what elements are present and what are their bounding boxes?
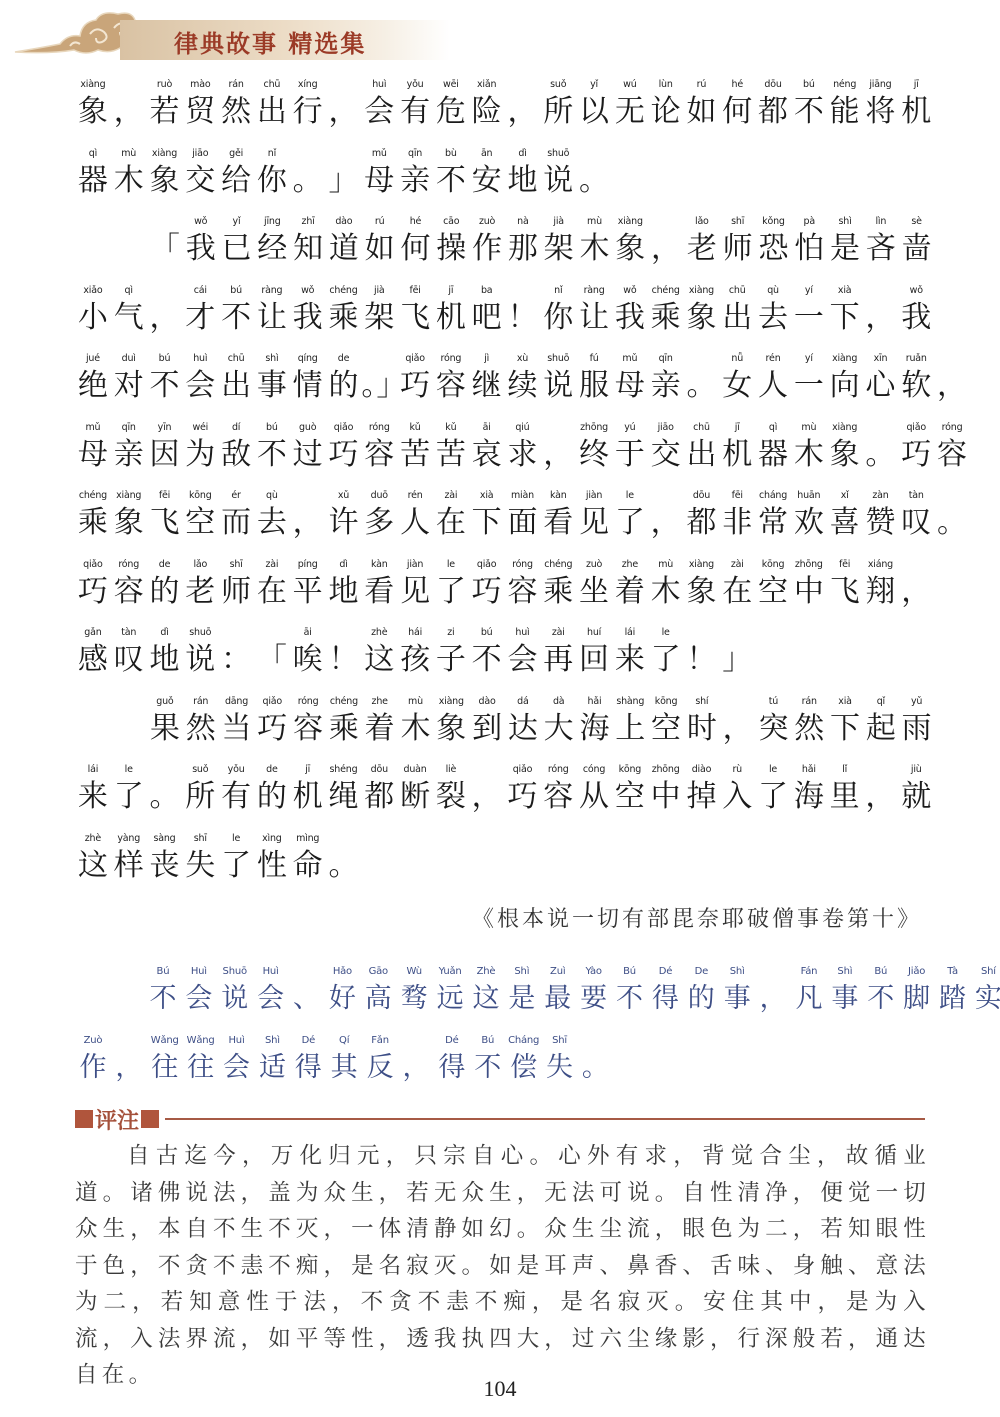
hanzi: 好 (324, 979, 360, 1019)
hanzi: 。 (576, 161, 612, 201)
ruby-char: jiāng将 (863, 78, 899, 132)
ruby-char: xiàng象 (111, 489, 147, 543)
hanzi: 丧 (147, 846, 183, 886)
hanzi: 老 (182, 572, 218, 612)
pinyin: xiàng (612, 215, 648, 229)
ruby-char: ， (147, 284, 183, 338)
hanzi: 地 (147, 640, 183, 680)
ruby-char: 。 (290, 147, 326, 201)
pinyin: rén (397, 489, 433, 503)
pinyin: qiǎo (326, 421, 362, 435)
hanzi: 然 (218, 92, 254, 132)
ruby-char: zuò作 (469, 215, 505, 269)
ruby-char: Zhè这 (468, 965, 504, 1019)
ruby-char: wǒ我 (183, 215, 219, 269)
pinyin (648, 489, 684, 503)
hanzi: 会 (181, 979, 217, 1019)
ruby-char: xiàng象 (684, 558, 720, 612)
hanzi: 人 (755, 366, 791, 406)
hanzi: 去 (254, 503, 290, 543)
pinyin: hái (397, 626, 433, 640)
pinyin: nà (505, 215, 541, 229)
ruby-char: qīn亲 (397, 147, 433, 201)
hanzi: 贸 (182, 92, 218, 132)
hanzi: 不 (863, 979, 899, 1019)
pinyin: Wǎng (183, 1034, 219, 1048)
hanzi: 看 (540, 503, 576, 543)
pinyin: Yuǎn (432, 965, 468, 979)
pinyin: tàn (111, 626, 147, 640)
hanzi: 论 (648, 92, 684, 132)
pinyin: xiàng (433, 695, 469, 709)
ruby-char: rán然 (791, 695, 827, 749)
hanzi: 再 (540, 640, 576, 680)
pinyin (111, 1034, 147, 1048)
ruby-char: wéi为 (182, 421, 218, 475)
hanzi: 往 (183, 1048, 219, 1088)
hanzi: 。 (147, 777, 183, 817)
ruby-char: róng容 (361, 421, 397, 475)
ruby-char: kàn看 (540, 489, 576, 543)
ruby-char: fú服 (576, 352, 612, 406)
pinyin: Yào (576, 965, 612, 979)
pinyin: Huì (219, 1034, 255, 1048)
hanzi: 巧 (254, 709, 290, 749)
ruby-char: guǒ果 (147, 695, 183, 749)
hanzi: 如 (362, 229, 398, 269)
hanzi: 了 (755, 777, 791, 817)
pinyin: suǒ (182, 763, 218, 777)
hanzi: 失 (182, 846, 218, 886)
hanzi: 器 (755, 435, 791, 475)
ruby-char: jī机 (433, 284, 469, 338)
pinyin: chéng (326, 695, 362, 709)
hanzi: 绝 (75, 366, 111, 406)
pinyin: qīn (397, 147, 433, 161)
ruby-char: dá达 (505, 695, 541, 749)
hanzi: 而 (218, 503, 254, 543)
hanzi: ， (863, 777, 899, 817)
ruby-char: Bú不 (470, 1034, 506, 1088)
pinyin: kōng (648, 695, 684, 709)
ruby-char: rán然 (183, 695, 219, 749)
hanzi: ， (398, 1048, 434, 1088)
hanzi: 空 (648, 709, 684, 749)
hanzi: 来 (75, 777, 111, 817)
ruby-char: ， (863, 763, 899, 817)
hanzi: 空 (182, 503, 218, 543)
pinyin: bú (791, 78, 827, 92)
moral-text: Bú不Huì会Shuō说Huì会 、Hǎo好Gāo高Wù骛Yuǎn远Zhè这Sh… (75, 965, 935, 1103)
ruby-char: 。 (326, 832, 362, 886)
ruby-char: yīn因 (147, 421, 183, 475)
hanzi: 以 (576, 92, 612, 132)
pinyin: nǚ (719, 352, 755, 366)
pinyin: zài (433, 489, 469, 503)
ruby-char: róng容 (290, 695, 326, 749)
pinyin: yǐ (576, 78, 612, 92)
ruby-char: ！ (505, 284, 541, 338)
pinyin: mào (182, 78, 218, 92)
pinyin: qiú (505, 421, 541, 435)
ruby-char: dí敌 (218, 421, 254, 475)
hanzi: 下 (827, 298, 863, 338)
ruby-char: xìng性 (254, 832, 290, 886)
pinyin: Bú (612, 965, 648, 979)
ruby-char: zhè这 (75, 832, 111, 886)
pinyin: zàn (863, 489, 899, 503)
ruby-char: huí回 (576, 626, 612, 680)
ruby-char: ， (934, 352, 970, 406)
pinyin: hǎi (791, 763, 827, 777)
hanzi: 气 (111, 298, 147, 338)
pinyin: dì (147, 626, 183, 640)
hanzi: 说 (540, 366, 576, 406)
pinyin: shàng (612, 695, 648, 709)
ruby-char: Jiǎo脚 (899, 965, 935, 1019)
ruby-char: jì继 (469, 352, 505, 406)
hanzi: 欢 (791, 503, 827, 543)
hanzi: 不 (145, 979, 181, 1019)
hanzi: 踏 (935, 979, 971, 1019)
hanzi: 你 (540, 298, 576, 338)
ruby-char: chū出 (719, 284, 755, 338)
ruby-char: Wǎng往 (183, 1034, 219, 1088)
ruby-char: yí一 (791, 284, 827, 338)
pinyin: qiǎo (75, 558, 111, 572)
ruby-char: zhè这 (361, 626, 397, 680)
ruby-char: Zuì最 (540, 965, 576, 1019)
text-line: guǒ果rán然dāng当qiǎo巧róng容chéng乘zhe着mù木xiàn… (75, 695, 935, 764)
ruby-char: róng容 (505, 558, 541, 612)
pinyin: shuō (540, 147, 576, 161)
pinyin: lǐ (827, 763, 863, 777)
ruby-char: huì会 (361, 78, 397, 132)
pinyin: jī (290, 763, 326, 777)
ruby-char: cháng常 (755, 489, 791, 543)
hanzi: 不 (147, 366, 183, 406)
ruby-char: de的 (326, 352, 362, 406)
pinyin: mǔ (75, 421, 111, 435)
ruby-char: jī机 (898, 78, 934, 132)
ruby-char: kǔ苦 (397, 421, 433, 475)
hanzi: 失 (542, 1048, 578, 1088)
pinyin: jué (75, 352, 111, 366)
hanzi: 容 (934, 435, 970, 475)
hanzi: 突 (756, 709, 792, 749)
ruby-char: bú不 (147, 352, 183, 406)
pinyin: xiàng (827, 352, 863, 366)
ruby-char: xíng行 (290, 78, 326, 132)
ruby-char: mǔ母 (361, 147, 397, 201)
ruby-char: bú不 (218, 284, 254, 338)
hanzi: 出 (254, 92, 290, 132)
hanzi: 机 (719, 435, 755, 475)
pinyin: huì (361, 78, 397, 92)
ruby-char: duō多 (361, 489, 397, 543)
hanzi: 。 (577, 1048, 613, 1088)
ruby-char: jué绝 (75, 352, 111, 406)
pinyin: wéi (182, 421, 218, 435)
hanzi: 象 (147, 161, 183, 201)
pinyin: xiáng (863, 558, 899, 572)
pinyin: yàng (111, 832, 147, 846)
pinyin (755, 965, 791, 979)
ruby-char: Zuò作 (75, 1034, 111, 1088)
hanzi: 。 (934, 503, 970, 543)
pinyin (218, 626, 254, 640)
ruby-char: shéng绳 (326, 763, 362, 817)
hanzi: 脚 (899, 979, 935, 1019)
hanzi: 女 (719, 366, 755, 406)
pinyin: Bú (470, 1034, 506, 1048)
pinyin: zài (254, 558, 290, 572)
pinyin: lái (75, 763, 111, 777)
pinyin (147, 763, 183, 777)
text-line: 「wǒ我yǐ已jīng经zhī知dào道rú如hé何cāo操zuò作nà那jià… (75, 215, 935, 284)
hanzi: 不 (791, 92, 827, 132)
pinyin (147, 215, 183, 229)
hanzi: 乘 (75, 503, 111, 543)
pinyin: ān (469, 147, 505, 161)
hanzi: 巧 (505, 777, 541, 817)
ruby-char: ruǎn软 (898, 352, 934, 406)
hanzi: 去 (755, 298, 791, 338)
ruby-char: 、 (289, 965, 325, 1019)
pinyin: dà (541, 695, 577, 709)
pinyin: bù (433, 147, 469, 161)
pinyin: dāng (219, 695, 255, 709)
hanzi: 象 (75, 92, 111, 132)
pinyin: yǒu (397, 78, 433, 92)
pinyin (934, 352, 970, 366)
pinyin: zài (540, 626, 576, 640)
pinyin: Shì (254, 1034, 290, 1048)
pinyin: qù (254, 489, 290, 503)
ruby-char: rén人 (755, 352, 791, 406)
ruby-char: jià架 (541, 215, 577, 269)
pinyin: xiàng (75, 78, 111, 92)
pinyin: Fǎn (362, 1034, 398, 1048)
pinyin: yǒu (218, 763, 254, 777)
header-banner: 律典故事 精选集 (0, 0, 1000, 70)
hanzi: 实 (970, 979, 1000, 1019)
pinyin: qīn (111, 421, 147, 435)
hanzi: 在 (433, 503, 469, 543)
ruby-char: kōng空 (182, 489, 218, 543)
hanzi: 都 (361, 777, 397, 817)
hanzi: 里 (827, 777, 863, 817)
pinyin: mǔ (612, 352, 648, 366)
ruby-char: ！ (684, 626, 720, 680)
ruby-char: nà那 (505, 215, 541, 269)
hanzi: 常 (755, 503, 791, 543)
hanzi: 会 (253, 979, 289, 1019)
hanzi: 因 (147, 435, 183, 475)
ruby-char: róng容 (433, 352, 469, 406)
pinyin: zuò (576, 558, 612, 572)
hanzi: 母 (75, 435, 111, 475)
ruby-char: wēi危 (433, 78, 469, 132)
pinyin: xíng (290, 78, 326, 92)
pinyin: dào (326, 215, 362, 229)
pinyin: qiǎo (254, 695, 290, 709)
ruby-char: Wù骛 (396, 965, 432, 1019)
ruby-char: mǔ母 (75, 421, 111, 475)
pinyin: shéng (326, 763, 362, 777)
hanzi: 这 (361, 640, 397, 680)
hanzi: 怕 (791, 229, 827, 269)
ruby-char: xiàng象 (433, 695, 469, 749)
ruby-char: dōu都 (755, 78, 791, 132)
square-bullet-icon (75, 1110, 93, 1128)
ruby-char: ， (469, 763, 505, 817)
pinyin (684, 626, 720, 640)
ruby-char: shuō说 (540, 147, 576, 201)
pinyin: jī (433, 284, 469, 298)
pinyin: chéng (540, 558, 576, 572)
ruby-char: kōng空 (648, 695, 684, 749)
square-bullet-icon (141, 1110, 159, 1128)
ruby-char: zài再 (540, 626, 576, 680)
pinyin: Shì (504, 965, 540, 979)
ruby-char: ， (648, 215, 684, 269)
pinyin: kōng (612, 763, 648, 777)
hanzi: 交 (648, 435, 684, 475)
hanzi: 中 (648, 777, 684, 817)
hanzi: 见 (576, 503, 612, 543)
hanzi: 啬 (899, 229, 935, 269)
pinyin: Shuō (217, 965, 253, 979)
pinyin (576, 147, 612, 161)
hanzi: 「 (254, 640, 290, 680)
pinyin: Hǎo (324, 965, 360, 979)
pinyin: dào (469, 695, 505, 709)
hanzi: 这 (75, 846, 111, 886)
pinyin (648, 215, 684, 229)
hanzi: ， (147, 298, 183, 338)
pinyin: Qí (326, 1034, 362, 1048)
ruby-char: ， (326, 78, 362, 132)
pinyin: fú (576, 352, 612, 366)
ruby-char: tàn叹 (898, 489, 934, 543)
pinyin: Zhè (468, 965, 504, 979)
pinyin: miàn (505, 489, 541, 503)
ruby-char: ér而 (218, 489, 254, 543)
pinyin: pà (791, 215, 827, 229)
ruby-char: bú不 (254, 421, 290, 475)
pinyin: zhōng (791, 558, 827, 572)
commentary-body: 自古迄今，万化归元，只宗自心。心外有求，背觉合尘，故循业道。诸佛说法，盖为众生，… (75, 1138, 930, 1394)
hanzi: 一 (791, 298, 827, 338)
ruby-char: Dé得 (434, 1034, 470, 1088)
pinyin: xù (505, 352, 541, 366)
hanzi: 如 (684, 92, 720, 132)
hanzi: 才 (182, 298, 218, 338)
ruby-char: xiǎo小 (75, 284, 111, 338)
pinyin (326, 832, 362, 846)
hanzi: 危 (433, 92, 469, 132)
ruby-char: Gāo高 (360, 965, 396, 1019)
hanzi: 雨 (899, 709, 935, 749)
ruby-char: Shī失 (542, 1034, 578, 1088)
story-text: xiàng象 ，ruò若mào贸rán然chū出xíng行 ，huì会yǒu有w… (75, 78, 935, 900)
hanzi: 然 (791, 709, 827, 749)
pinyin: jiù (898, 763, 934, 777)
pinyin: de (254, 763, 290, 777)
ruby-char: lǎo老 (182, 558, 218, 612)
ruby-char: Yào要 (576, 965, 612, 1019)
hanzi: 海 (791, 777, 827, 817)
page-number: 104 (0, 1376, 1000, 1402)
hanzi: 继 (469, 366, 505, 406)
pinyin (540, 421, 576, 435)
ruby-char: gěi给 (218, 147, 254, 201)
pinyin: le (612, 489, 648, 503)
hanzi: 出 (719, 298, 755, 338)
ruby-char: ràng让 (254, 284, 290, 338)
pinyin: róng (433, 352, 469, 366)
pinyin: Shì (827, 965, 863, 979)
ruby-char: chéng乘 (648, 284, 684, 338)
ruby-char: wǒ我 (612, 284, 648, 338)
pinyin: zhōng (576, 421, 612, 435)
hanzi: 何 (398, 229, 434, 269)
ruby-char: zuò坐 (576, 558, 612, 612)
pinyin: qǐ (863, 695, 899, 709)
hanzi: 出 (684, 435, 720, 475)
ruby-char: jiāo交 (182, 147, 218, 201)
hanzi: 」 (326, 161, 362, 201)
ruby-char: rú如 (362, 215, 398, 269)
ruby-char: ràng让 (576, 284, 612, 338)
hanzi: 偿 (506, 1048, 542, 1088)
pinyin: qì (111, 284, 147, 298)
text-line: qiǎo巧róng容de的lǎo老shī师zài在píng平dì地kàn看jià… (75, 558, 935, 627)
pinyin: ruǎn (898, 352, 934, 366)
hanzi: 木 (577, 229, 613, 269)
hanzi: 见 (397, 572, 433, 612)
hanzi: 容 (361, 435, 397, 475)
pinyin: rú (684, 78, 720, 92)
hanzi: 海 (577, 709, 613, 749)
ruby-char: xīn心 (863, 352, 899, 406)
hanzi: 飞 (147, 503, 183, 543)
ruby-char: shuō说 (182, 626, 218, 680)
ruby-char: shuō说 (540, 352, 576, 406)
source-citation: 《根本说一切有部毘奈耶破僧事卷第十》 (472, 902, 922, 933)
hanzi: 终 (576, 435, 612, 475)
hanzi: 达 (505, 709, 541, 749)
hanzi: 。 (863, 435, 899, 475)
pinyin: chū (719, 284, 755, 298)
ruby-char: zàn赞 (863, 489, 899, 543)
ruby-char: chéng乘 (326, 284, 362, 338)
pinyin: mǔ (361, 147, 397, 161)
hanzi: 来 (612, 640, 648, 680)
pinyin: kàn (361, 558, 397, 572)
ruby-char: suǒ所 (540, 78, 576, 132)
ruby-char: dì地 (147, 626, 183, 680)
pinyin: ér (218, 489, 254, 503)
pinyin: xiǎn (469, 78, 505, 92)
hanzi: 、 (289, 979, 325, 1019)
ruby-char: Fán凡 (791, 965, 827, 1019)
ruby-char: Huì会 (219, 1034, 255, 1088)
pinyin: mù (791, 421, 827, 435)
ruby-char: yǒu有 (218, 763, 254, 817)
ruby-char: rù入 (719, 763, 755, 817)
